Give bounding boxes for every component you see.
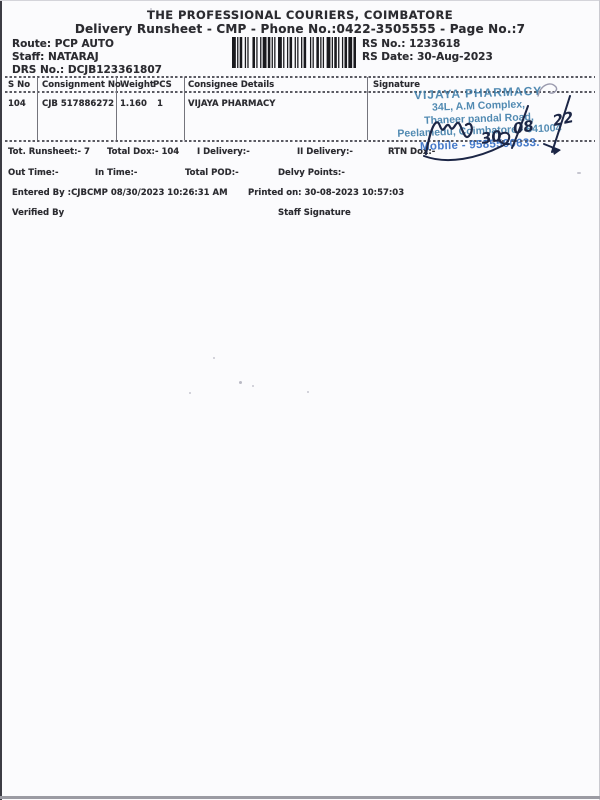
scan-edge-top: [0, 0, 600, 1]
total-pod: Total POD:-: [185, 168, 239, 178]
staff-line: Staff: NATARAJ: [12, 51, 99, 63]
row-sno: 104: [8, 99, 26, 109]
verified-by-label: Verified By: [12, 208, 64, 218]
table-column-line: [184, 77, 185, 140]
runsheet-document: THE PROFESSIONAL COURIERS, COIMBATORE De…: [0, 0, 600, 800]
col-header-sno: S No: [8, 80, 30, 90]
staff-signature-label: Staff Signature: [278, 208, 351, 218]
runsheet-title: Delivery Runsheet - CMP - Phone No.:0422…: [0, 22, 600, 36]
scan-speck: [307, 391, 309, 393]
rs-date-line: RS Date: 30-Aug-2023: [362, 51, 493, 63]
scan-speck: [252, 385, 254, 387]
handwritten-date-month: 08: [512, 117, 536, 138]
handwritten-date-year: 22: [551, 108, 575, 130]
row-weight: 1.160: [120, 99, 147, 109]
drs-no-line: DRS No.: DCJB123361807: [12, 64, 162, 76]
scan-speck: [213, 357, 215, 359]
row-consignment-no: CJB 517886272: [42, 99, 114, 109]
scan-speck: [577, 172, 581, 174]
route-line: Route: PCP AUTO: [12, 38, 114, 50]
table-column-line: [37, 77, 38, 140]
col-header-pcs: PCS: [153, 80, 172, 90]
out-time: Out Time:-: [8, 168, 59, 178]
delvy-points: Delvy Points:-: [278, 168, 345, 178]
scan-speck: [189, 392, 191, 394]
scan-speck: [239, 381, 242, 384]
scan-edge-left: [0, 0, 2, 800]
company-name: THE PROFESSIONAL COURIERS, COIMBATORE: [0, 8, 600, 22]
scan-speck: [150, 8, 152, 10]
total-runsheet: Tot. Runsheet:- 7: [8, 147, 90, 157]
arrow-scribble-head: [551, 146, 561, 155]
col-header-consignment: Consignment No: [42, 80, 121, 90]
handwritten-signature-layer: 30 08 22: [360, 70, 600, 180]
entered-by-line: Entered By :CJBCMP 08/30/2023 10:26:31 A…: [12, 188, 228, 198]
barcode-image: [232, 37, 356, 68]
handwritten-date-day: 30: [480, 127, 504, 148]
total-dox: Total Dox:- 104: [107, 147, 179, 157]
row-consignee: VIJAYA PHARMACY: [188, 99, 275, 109]
printed-on-line: Printed on: 30-08-2023 10:57:03: [248, 188, 404, 198]
rs-no-line: RS No.: 1233618: [362, 38, 460, 50]
signature-stroke: [426, 122, 472, 154]
ii-delivery: II Delivery:-: [297, 147, 353, 157]
col-header-consignee: Consignee Details: [188, 80, 274, 90]
row-pcs: 1: [157, 99, 163, 109]
i-delivery: I Delivery:-: [197, 147, 250, 157]
scan-edge-bottom: [0, 796, 600, 799]
pencil-hook-mark: [538, 84, 557, 96]
col-header-weight: Weight: [120, 80, 154, 90]
in-time: In Time:-: [95, 168, 137, 178]
